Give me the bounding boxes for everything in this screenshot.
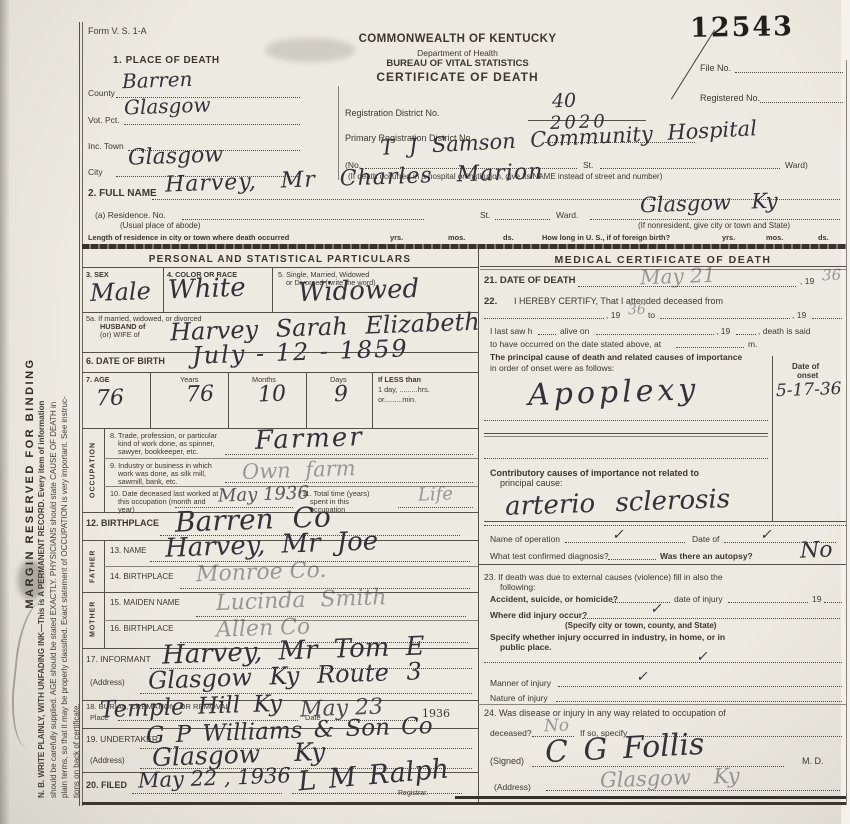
manner-check: ✓ — [636, 670, 648, 684]
physician-address-line — [546, 790, 840, 791]
residence-ward-line — [590, 219, 840, 220]
days-value: 9 — [334, 384, 349, 406]
f22-from-line — [484, 318, 604, 319]
f21-year-label: , 19 — [800, 276, 814, 286]
operation-date-check: ✓ — [760, 528, 772, 542]
f22-to-line — [660, 318, 790, 319]
occupation-vertical-label: OCCUPATION — [84, 430, 102, 510]
city-value: Glasgow — [128, 144, 224, 169]
husband-value: Harvey Sarah Elizabeth — [170, 310, 480, 345]
f22-19b: , 19 — [792, 310, 806, 320]
margin-binding-text: MARGIN RESERVED FOR BINDING — [24, 333, 36, 633]
f23-where-blank — [582, 618, 840, 619]
f22-saw-blank1 — [538, 334, 556, 335]
f23-accident: Accident, suicide, or homicide? — [490, 594, 618, 604]
f23-19-blank — [824, 602, 842, 603]
hospital-st-line — [600, 168, 780, 169]
f20-label: 20. FILED — [86, 780, 127, 791]
foreign-mos: mos. — [766, 234, 783, 243]
county-label: County — [88, 88, 115, 98]
occupation-inner-border — [104, 428, 105, 512]
form-border-left-outer — [79, 22, 80, 806]
pl-title-underline — [82, 267, 478, 268]
less-label-2: 1 day, .........hrs. — [378, 386, 430, 395]
f8-value: Farmer — [255, 424, 365, 454]
death-certificate-scan: MARGIN RESERVED FOR BINDING N. B. WRITE … — [0, 0, 850, 824]
f22-19a: , 19 — [606, 310, 620, 320]
f13-value: Harvey, Mr Joe — [165, 528, 379, 561]
f23-19: 19 — [812, 594, 821, 604]
father-vertical-label: FATHER — [84, 542, 102, 590]
f23-injury-date: date of injury — [674, 594, 723, 604]
f22-occurred-blank — [676, 347, 744, 348]
sex-value: Male — [90, 279, 152, 305]
vot-pct-label: Vot. Pct. — [88, 115, 120, 125]
reg-district-label: Registration District No. — [345, 108, 440, 119]
registered-no-line — [760, 102, 843, 103]
residence-st-line — [495, 219, 550, 220]
registrar-line — [292, 793, 462, 794]
margin-nb-line3: plain terms, so that it may be properly … — [59, 88, 71, 798]
age-cell-2 — [228, 372, 229, 428]
f22-number: 22. — [484, 296, 497, 307]
full-name-label: 2. FULL NAME — [88, 188, 157, 200]
test-label: What test confirmed diagnosis? — [490, 551, 609, 561]
nature-label: Nature of injury — [490, 693, 548, 703]
right-bottom-heavy-line — [455, 796, 846, 799]
stamp-number: 12543 — [690, 11, 794, 44]
cause-line-1 — [484, 420, 768, 421]
cause-line-2 — [484, 433, 768, 434]
f13-label: 13. NAME — [110, 546, 146, 555]
file-no-line — [735, 72, 843, 73]
f21-value: May 21 — [640, 265, 716, 288]
age-cell-4 — [372, 372, 373, 428]
f21-year-value: 36 — [822, 268, 842, 284]
f22-saw-2: alive on — [560, 326, 589, 336]
manner-label: Manner of injury — [490, 678, 551, 688]
foreign-ds: ds. — [818, 234, 829, 243]
f14-label: 14. BIRTHPLACE — [110, 572, 173, 581]
husband-label-3: (or) WIFE of — [100, 331, 140, 340]
color-value: White — [168, 275, 246, 304]
f15-value: Lucinda Smith — [216, 587, 387, 615]
f23-where-check: ✓ — [650, 602, 662, 616]
margin-nb-paragraph: N. B. WRITE PLAINLY, WITH UNFADING INK—T… — [36, 88, 82, 798]
nature-blank — [556, 701, 842, 702]
physician-address-label: (Address) — [494, 782, 531, 792]
vot-pct-value: Glasgow — [124, 94, 211, 117]
f22-occurred: to have occurred on the date stated abov… — [490, 339, 661, 349]
contributory-value: arterio sclerosis — [505, 486, 731, 520]
residence-ward-value: Glasgow Ky — [640, 191, 778, 217]
months-value: 10 — [258, 384, 287, 407]
autopsy-label: Was there an autopsy? — [660, 551, 753, 561]
margin-nb-line4: tions on back of certificate. — [71, 88, 83, 798]
f22-19a-value: 36 — [628, 303, 646, 318]
f9-value: Own farm — [242, 458, 356, 483]
margin-binding-label: MARGIN RESERVED FOR BINDING — [24, 357, 36, 608]
length-yrs: yrs. — [390, 234, 403, 243]
length-mos: mos. — [448, 234, 465, 243]
section-divider-band — [82, 244, 846, 249]
form-number: Form V. S. 1-A — [88, 26, 147, 37]
operation-date-label: Date of — [692, 534, 719, 544]
contributory-line-1 — [484, 521, 846, 522]
residence-label: (a) Residence. No. — [95, 210, 166, 220]
f18-place-value: Temple Hill Ky — [100, 693, 283, 722]
county-value: Barren — [122, 69, 193, 91]
foreign-note: How long in U. S., if of foreign birth? — [542, 234, 670, 243]
f20-line — [132, 793, 282, 794]
f22-19b-line — [812, 318, 842, 319]
residence-st-label: St. — [480, 210, 490, 220]
contributory-label-2: principal cause: — [500, 478, 563, 489]
f23-specify-1: Specify whether injury occurred in indus… — [490, 632, 725, 642]
f15-label: 15. MAIDEN NAME — [110, 598, 180, 607]
place-of-death-title: 1. PLACE OF DEATH — [113, 55, 220, 67]
autopsy-underline — [478, 564, 846, 565]
manner-blank — [558, 686, 842, 687]
f24-label-1: 24. Was disease or injury in any way rel… — [484, 708, 726, 719]
f11-value: Life — [418, 485, 454, 504]
foreign-yrs: yrs. — [722, 234, 735, 243]
f14-value: Monroe Co. — [196, 560, 327, 587]
f22-cause-2: in order of onset were as follows: — [490, 363, 614, 373]
operation-check: ✓ — [612, 528, 624, 542]
f23-injury-blank — [728, 602, 808, 603]
signed-label: (Signed) — [490, 756, 524, 767]
f10-label-3: year) — [118, 506, 135, 515]
personal-title: PERSONAL AND STATISTICAL PARTICULARS — [82, 254, 478, 266]
f23-specify-note: (Specify city or town, county, and State… — [565, 621, 716, 630]
abode-note: (Usual place of abode) — [120, 221, 201, 230]
cell-line-2 — [272, 267, 273, 312]
onset-column-border — [772, 356, 773, 522]
f22-saw-3: , 19 — [716, 326, 730, 336]
less-label-3: or.........min. — [378, 396, 416, 405]
f23-label-2: following: — [500, 582, 535, 592]
length-ds: ds. — [503, 234, 514, 243]
f17-address-label: (Address) — [90, 678, 125, 687]
registered-no-label: Registered No. — [700, 93, 760, 104]
bottom-heavy-line — [82, 802, 846, 805]
test-blank — [608, 559, 656, 560]
f22-saw-blank3 — [736, 334, 756, 335]
f9-line — [225, 482, 473, 483]
age-cell-3 — [306, 372, 307, 428]
physician-signature: C G Follis — [544, 730, 705, 768]
md-label: M. D. — [802, 756, 824, 767]
form-border-left-inner — [82, 22, 83, 806]
file-no-label: File No. — [700, 63, 731, 74]
title-department: Department of Health — [330, 48, 585, 58]
operation-label: Name of operation — [490, 534, 560, 544]
cause-line-2b — [484, 436, 768, 437]
less-label-1: If LESS than — [378, 376, 421, 385]
f24-value: No — [544, 718, 570, 736]
f22-certify: I HEREBY CERTIFY, That I attended deceas… — [514, 296, 723, 307]
hospital-ward-label: Ward) — [785, 160, 808, 170]
age-cell-1 — [150, 372, 151, 428]
f12-label: 12. BIRTHPLACE — [86, 518, 159, 529]
nonresident-note: (If nonresident, give city or town and S… — [638, 221, 790, 230]
f22-saw-1: I last saw h — [490, 326, 533, 336]
marital-value: Widowed — [298, 276, 420, 306]
cause-line-3 — [484, 458, 768, 459]
years-value: 76 — [186, 384, 215, 407]
residence-ward-label: Ward. — [556, 210, 578, 220]
nature-underline — [478, 704, 846, 705]
row6-bottom — [82, 372, 478, 373]
f23-specify-2: public place. — [500, 642, 552, 652]
f22-saw-blank2 — [596, 334, 714, 335]
f23-where: Where did injury occur? — [490, 610, 587, 620]
city-label: City — [88, 167, 103, 177]
form-border-right — [846, 60, 847, 805]
age-value: 76 — [96, 388, 125, 411]
autopsy-value: No — [800, 539, 833, 562]
f19-address-label: (Address) — [90, 756, 125, 765]
title-commonwealth: COMMONWEALTH OF KENTUCKY — [330, 33, 585, 47]
operation-blank — [565, 542, 685, 543]
residence-no-line — [182, 219, 424, 220]
reg-district-value: 40 — [552, 92, 577, 112]
dob-label: 6. DATE OF BIRTH — [86, 356, 165, 367]
inc-town-label: Inc. Town — [88, 141, 124, 151]
f16-label: 16. BIRTHPLACE — [110, 624, 173, 633]
physician-address-value: Glasgow Ky — [600, 766, 740, 792]
title-certificate: CERTIFICATE OF DEATH — [330, 70, 585, 84]
f22-m: m. — [748, 339, 757, 349]
hospital-st-label: St. — [583, 160, 593, 170]
title-bureau: BUREAU OF VITAL STATISTICS — [330, 58, 585, 69]
f23-label-1: 23. If death was due to external causes … — [484, 572, 723, 582]
f11-line — [398, 507, 473, 508]
margin-nb-line1: N. B. WRITE PLAINLY, WITH UNFADING INK—T… — [36, 88, 48, 798]
f22-to: to — [648, 310, 655, 320]
mother-vertical-label: MOTHER — [84, 594, 102, 644]
f22-saw-4: , death is said — [758, 326, 810, 336]
f8-line — [225, 454, 473, 455]
f23-specify-blank — [484, 662, 842, 663]
f23-specify-check: ✓ — [696, 650, 708, 664]
f17-label: 17. INFORMANT — [86, 654, 151, 664]
cause-of-death-value: Apoplexy — [528, 375, 700, 411]
f24-deceased: deceased? — [490, 728, 532, 738]
f8-label-3: sawyer, bookkeeper, etc. — [118, 448, 198, 457]
age-label: 7. AGE — [86, 376, 110, 385]
contributory-line-2 — [484, 525, 846, 526]
onset-date-value: 5-17-36 — [776, 381, 842, 400]
scan-edge-left — [0, 0, 10, 824]
vot-pct-line — [124, 124, 300, 125]
f20-value: May 22 , 1936 — [138, 765, 291, 791]
length-residence-note: Length of residence in city or town wher… — [88, 234, 289, 243]
f21-label: 21. DATE OF DEATH — [484, 275, 576, 286]
margin-nb-line2: should be carefully supplied. AGE should… — [48, 88, 60, 798]
registrar-label: Registrar. — [398, 790, 428, 798]
cell-line-1 — [163, 267, 164, 312]
f22-cause-1: The principal cause of death and related… — [490, 352, 742, 362]
